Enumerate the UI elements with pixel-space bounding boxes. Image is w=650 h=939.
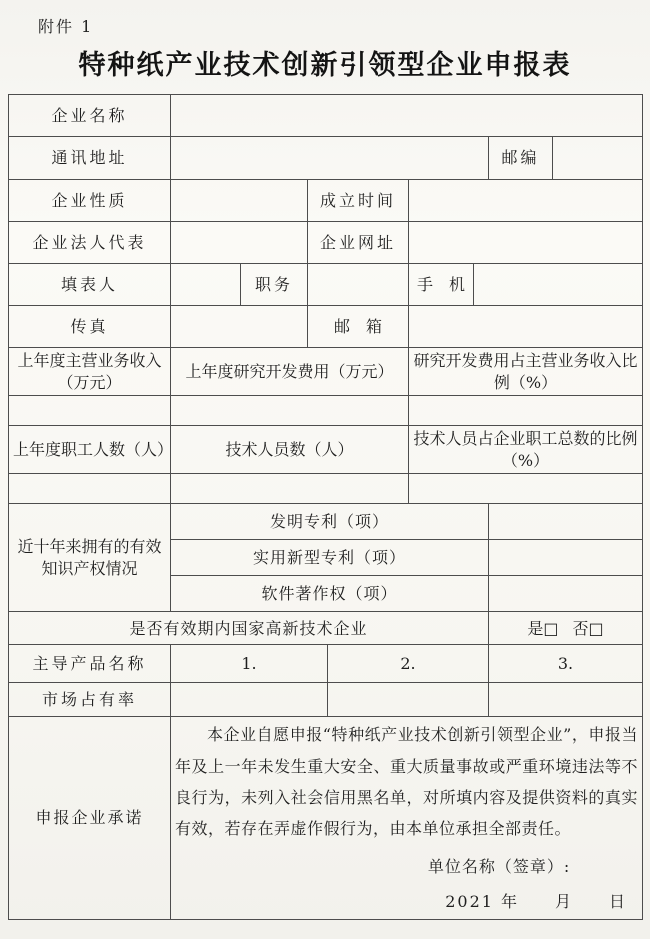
filler-label: 填表人 bbox=[9, 264, 171, 306]
hightech-no-option: 否□ bbox=[573, 619, 604, 638]
scanned-page: 附件 1 特种纸产业技术创新引领型企业申报表 企业名称 通讯地址 邮编 企业性质… bbox=[0, 0, 650, 920]
ip-section-label: 近十年来拥有的有效知识产权情况 bbox=[9, 504, 171, 612]
product-1-cell: 1. bbox=[171, 645, 328, 683]
nature-value-cell bbox=[171, 180, 308, 222]
application-table: 企业名称 通讯地址 邮编 企业性质 成立时间 企业法人代表 企业网址 填表人 职… bbox=[8, 94, 643, 920]
website-label: 企业网址 bbox=[308, 222, 409, 264]
rd-ratio-header: 研究开发费用占主营业务收入比例（%） bbox=[409, 348, 643, 396]
row-staff-values bbox=[9, 474, 643, 504]
fax-label: 传真 bbox=[9, 306, 171, 348]
row-main-products: 主导产品名称 1. 2. 3. bbox=[9, 645, 643, 683]
row-filler: 填表人 职务 手 机 bbox=[9, 264, 643, 306]
position-label: 职务 bbox=[241, 264, 308, 306]
rd-expense-value-cell bbox=[171, 396, 409, 426]
page-title: 特种纸产业技术创新引领型企业申报表 bbox=[8, 43, 642, 82]
row-finance-headers: 上年度主营业务收入（万元） 上年度研究开发费用（万元） 研究开发费用占主营业务收… bbox=[9, 348, 643, 396]
rd-expense-header: 上年度研究开发费用（万元） bbox=[171, 348, 409, 396]
product-2-cell: 2. bbox=[328, 645, 489, 683]
postcode-value-cell bbox=[553, 137, 643, 180]
founded-label: 成立时间 bbox=[308, 180, 409, 222]
row-hightech: 是否有效期内国家高新技术企业 是□否□ bbox=[9, 612, 643, 645]
tech-staff-value-cell bbox=[171, 474, 409, 504]
mobile-label: 手 机 bbox=[409, 264, 474, 306]
row-market-share: 市场占有率 bbox=[9, 683, 643, 717]
address-label: 通讯地址 bbox=[9, 137, 171, 180]
row-legal-rep: 企业法人代表 企业网址 bbox=[9, 222, 643, 264]
email-label: 邮 箱 bbox=[308, 306, 409, 348]
tech-staff-header: 技术人员数（人） bbox=[171, 426, 409, 474]
hightech-question: 是否有效期内国家高新技术企业 bbox=[9, 612, 489, 645]
revenue-header: 上年度主营业务收入（万元） bbox=[9, 348, 171, 396]
utility-patent-label: 实用新型专利（项） bbox=[171, 540, 489, 576]
row-staff-headers: 上年度职工人数（人） 技术人员数（人） 技术人员占企业职工总数的比例（%） bbox=[9, 426, 643, 474]
signature-label: 单位名称（签章）: bbox=[360, 852, 638, 882]
row-finance-values bbox=[9, 396, 643, 426]
legal-rep-label: 企业法人代表 bbox=[9, 222, 171, 264]
software-copyright-value-cell bbox=[489, 576, 643, 612]
utility-patent-value-cell bbox=[489, 540, 643, 576]
filler-value-cell bbox=[171, 264, 241, 306]
tech-ratio-header: 技术人员占企业职工总数的比例（%） bbox=[409, 426, 643, 474]
fax-value-cell bbox=[171, 306, 308, 348]
revenue-value-cell bbox=[9, 396, 171, 426]
email-value-cell bbox=[409, 306, 643, 348]
company-name-value-cell bbox=[171, 95, 643, 137]
postcode-label: 邮编 bbox=[489, 137, 553, 180]
software-copyright-label: 软件著作权（项） bbox=[171, 576, 489, 612]
row-commitment: 申报企业承诺 本企业自愿申报“特种纸产业技术创新引领型企业”，申报当年及上一年未… bbox=[9, 717, 643, 920]
row-address: 通讯地址 邮编 bbox=[9, 137, 643, 180]
market-share-value-cell-2 bbox=[328, 683, 489, 717]
commitment-text: 本企业自愿申报“特种纸产业技术创新引领型企业”，申报当年及上一年未发生重大安全、… bbox=[175, 719, 638, 844]
commitment-cell: 本企业自愿申报“特种纸产业技术创新引领型企业”，申报当年及上一年未发生重大安全、… bbox=[171, 717, 643, 920]
market-share-value-cell-3 bbox=[489, 683, 643, 717]
website-value-cell bbox=[409, 222, 643, 264]
row-nature: 企业性质 成立时间 bbox=[9, 180, 643, 222]
mobile-value-cell bbox=[474, 264, 643, 306]
position-value-cell bbox=[308, 264, 409, 306]
invention-patent-label: 发明专利（项） bbox=[171, 504, 489, 540]
market-share-label: 市场占有率 bbox=[9, 683, 171, 717]
rd-ratio-value-cell bbox=[409, 396, 643, 426]
market-share-value-cell-1 bbox=[171, 683, 328, 717]
row-fax: 传真 邮 箱 bbox=[9, 306, 643, 348]
founded-value-cell bbox=[409, 180, 643, 222]
invention-patent-value-cell bbox=[489, 504, 643, 540]
tech-ratio-value-cell bbox=[409, 474, 643, 504]
product-3-cell: 3. bbox=[489, 645, 643, 683]
address-value-cell bbox=[171, 137, 489, 180]
employees-value-cell bbox=[9, 474, 171, 504]
row-ip-invention: 近十年来拥有的有效知识产权情况 发明专利（项） bbox=[9, 504, 643, 540]
hightech-yes-option: 是□ bbox=[527, 619, 558, 638]
row-company-name: 企业名称 bbox=[9, 95, 643, 137]
company-name-label: 企业名称 bbox=[9, 95, 171, 137]
attachment-label: 附件 1 bbox=[38, 14, 642, 37]
employees-header: 上年度职工人数（人） bbox=[9, 426, 171, 474]
main-products-label: 主导产品名称 bbox=[9, 645, 171, 683]
hightech-options-cell: 是□否□ bbox=[489, 612, 643, 645]
legal-rep-value-cell bbox=[171, 222, 308, 264]
nature-label: 企业性质 bbox=[9, 180, 171, 222]
date-line: 2021 年 月 日 bbox=[434, 887, 638, 917]
commitment-label: 申报企业承诺 bbox=[9, 717, 171, 920]
